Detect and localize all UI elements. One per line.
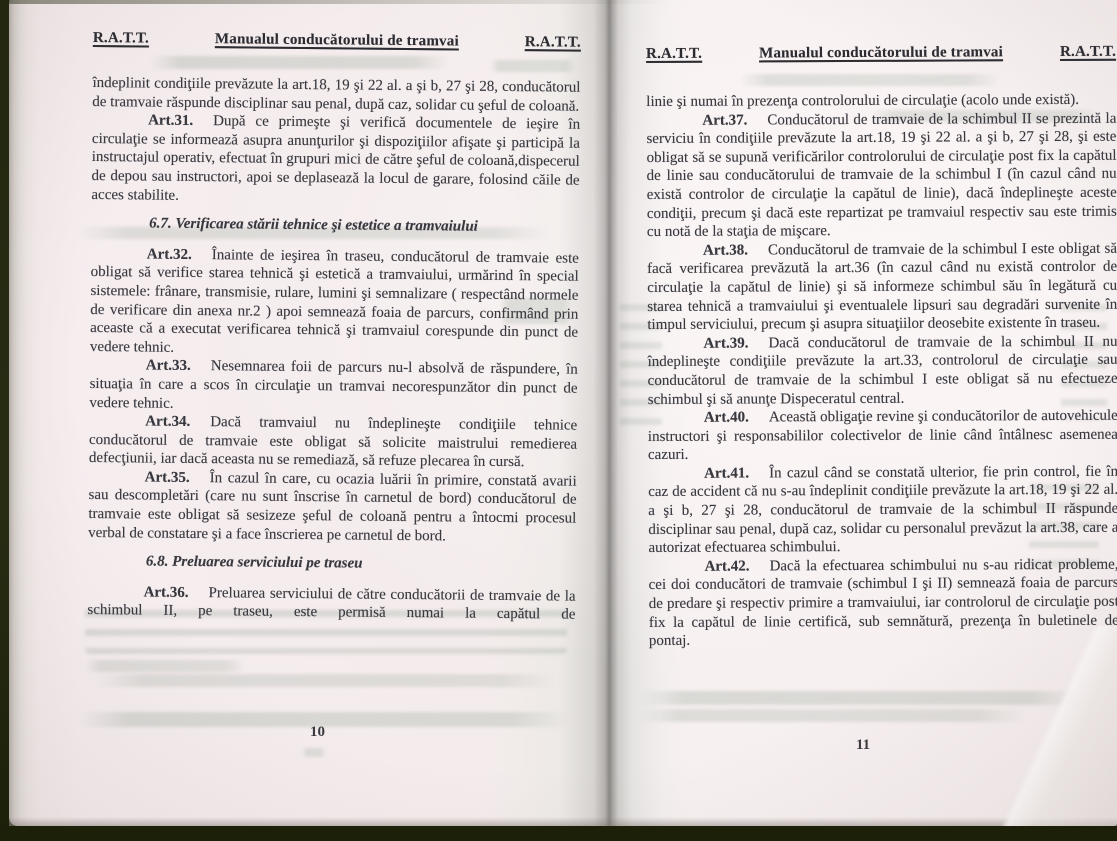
header-ratt-right: R.A.T.T. bbox=[525, 34, 581, 52]
article-paragraph: Art.32.Înainte de ieşirea în traseu, con… bbox=[90, 245, 579, 361]
article-label: Art.32. bbox=[147, 246, 192, 262]
article-label: Art.35. bbox=[145, 469, 190, 485]
article-label: Art.41. bbox=[704, 465, 749, 481]
article-label: Art.40. bbox=[704, 410, 749, 426]
page-number-right: 11 bbox=[856, 737, 870, 754]
bleed-through-smudge bbox=[640, 691, 1085, 705]
left-page-content: îndeplinit condiţiile prevăzute la art.1… bbox=[87, 74, 580, 625]
bleed-through-smudge bbox=[85, 660, 245, 672]
article-label: Art.33. bbox=[146, 358, 191, 374]
book-scan: R.A.T.T. Manualul conducătorului de tram… bbox=[0, 0, 1117, 841]
article-paragraph: Art.34.Dacă tramvaiul nu îndeplineşte co… bbox=[89, 412, 578, 472]
page-number-left: 10 bbox=[310, 724, 325, 741]
page-corner-curl bbox=[967, 626, 1117, 826]
article-paragraph: Art.40.Această obligaţie revine şi condu… bbox=[648, 407, 1117, 465]
section-heading: 6.8. Preluarea serviciului pe traseu bbox=[146, 553, 576, 576]
header-title: Manualul conducătorului de tramvai bbox=[215, 31, 459, 50]
article-paragraph: Art.39.Dacă conducătorul de tramvaie de … bbox=[647, 332, 1117, 409]
header-ratt-right: R.A.T.T. bbox=[1060, 44, 1116, 61]
left-page-header: R.A.T.T. Manualul conducătorului de tram… bbox=[93, 30, 581, 52]
article-paragraph: Art.38.Conducătorul de tramvaie de la sc… bbox=[647, 239, 1117, 334]
bleed-through-smudge bbox=[80, 712, 570, 727]
article-paragraph: Art.37.Conducătorul de tramvaie de la sc… bbox=[646, 109, 1117, 241]
bleed-through-smudge bbox=[640, 709, 1025, 722]
continuation-paragraph: linie şi numai în prezenţa controlorului… bbox=[646, 91, 1116, 112]
article-label: Art.31. bbox=[148, 113, 193, 129]
article-label: Art.38. bbox=[703, 242, 748, 258]
header-title: Manualul conducătorului de tramvai bbox=[759, 44, 1003, 62]
header-ratt-left: R.A.T.T. bbox=[93, 30, 149, 48]
article-paragraph: Art.42.Dacă la efectuarea schimbului nu … bbox=[649, 556, 1117, 651]
bleed-through-smudge bbox=[303, 748, 325, 757]
article-label: Art.34. bbox=[145, 414, 190, 430]
article-paragraph: Art.41.În cazul când se constată ulterio… bbox=[648, 463, 1117, 558]
right-page: R.A.T.T. Manualul conducătorului de tram… bbox=[646, 44, 1117, 651]
right-page-header: R.A.T.T. Manualul conducătorului de tram… bbox=[646, 44, 1116, 63]
paper-top-edge bbox=[9, 0, 674, 4]
book-paper: R.A.T.T. Manualul conducătorului de tram… bbox=[9, 0, 1117, 826]
article-paragraph: Art.35.În cazul în care, cu ocazia luări… bbox=[88, 468, 577, 547]
article-label: Art.42. bbox=[705, 558, 750, 574]
article-paragraph: Art.33.Nesemnarea foii de parcurs nu-l a… bbox=[89, 356, 578, 416]
paper-bottom-edge bbox=[9, 817, 1117, 826]
continuation-paragraph: îndeplinit condiţiile prevăzute la art.1… bbox=[92, 74, 580, 116]
right-page-content: linie şi numai în prezenţa controlorului… bbox=[646, 91, 1117, 651]
section-heading: 6.7. Verificarea stării tehnice şi estet… bbox=[149, 215, 579, 238]
article-label: Art.37. bbox=[702, 112, 747, 128]
page-stack-edge bbox=[9, 0, 39, 826]
article-label: Art.36. bbox=[144, 584, 189, 600]
article-paragraph: Art.36.Preluarea serviciului de către co… bbox=[87, 583, 575, 625]
bleed-through-smudge bbox=[95, 674, 555, 687]
article-label: Art.39. bbox=[703, 335, 748, 351]
header-ratt-left: R.A.T.T. bbox=[646, 46, 702, 63]
left-page: R.A.T.T. Manualul conducătorului de tram… bbox=[87, 30, 581, 625]
article-paragraph: Art.31.După ce primeşte şi verifică docu… bbox=[91, 111, 580, 209]
